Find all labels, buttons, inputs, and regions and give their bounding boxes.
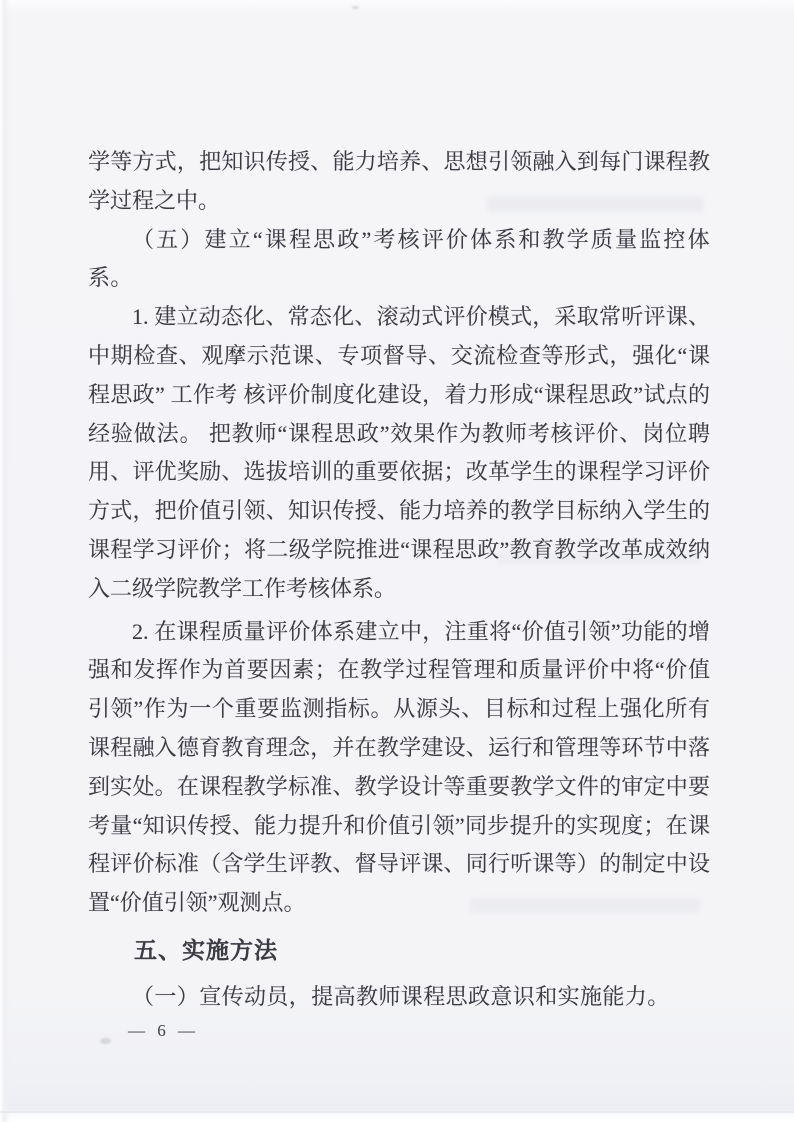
page-left-edge-shading	[0, 0, 10, 1122]
scanned-document-page: 学等方式，把知识传授、能力培养、思想引领融入到每门课程教学过程之中。 （五）建立…	[0, 0, 794, 1122]
scan-speck	[352, 6, 359, 9]
subsection-heading-one: （一）宣传动员，提高教师课程思政意识和实施能力。	[88, 978, 710, 1017]
document-text-block: 学等方式，把知识传授、能力培养、思想引领融入到每门课程教学过程之中。 （五）建立…	[88, 143, 710, 1017]
subsection-heading-five: （五）建立“课程思政”考核评价体系和教学质量监控体系。	[88, 221, 710, 299]
numbered-paragraph-2: 2. 在课程质量评价体系建立中，注重将“价值引领”功能的增强和发挥作为首要因素；…	[88, 613, 710, 923]
body-paragraph-continued: 学等方式，把知识传授、能力培养、思想引领融入到每门课程教学过程之中。	[88, 143, 710, 221]
page-bottom-edge	[0, 1111, 794, 1113]
section-heading-implementation-methods: 五、实施方法	[88, 931, 710, 970]
scan-speck	[100, 1038, 111, 1044]
numbered-paragraph-1: 1. 建立动态化、常态化、滚动式评价模式，采取常听评课、中期检查、观摩示范课、专…	[88, 298, 710, 608]
page-number: — 6 —	[128, 1021, 199, 1041]
